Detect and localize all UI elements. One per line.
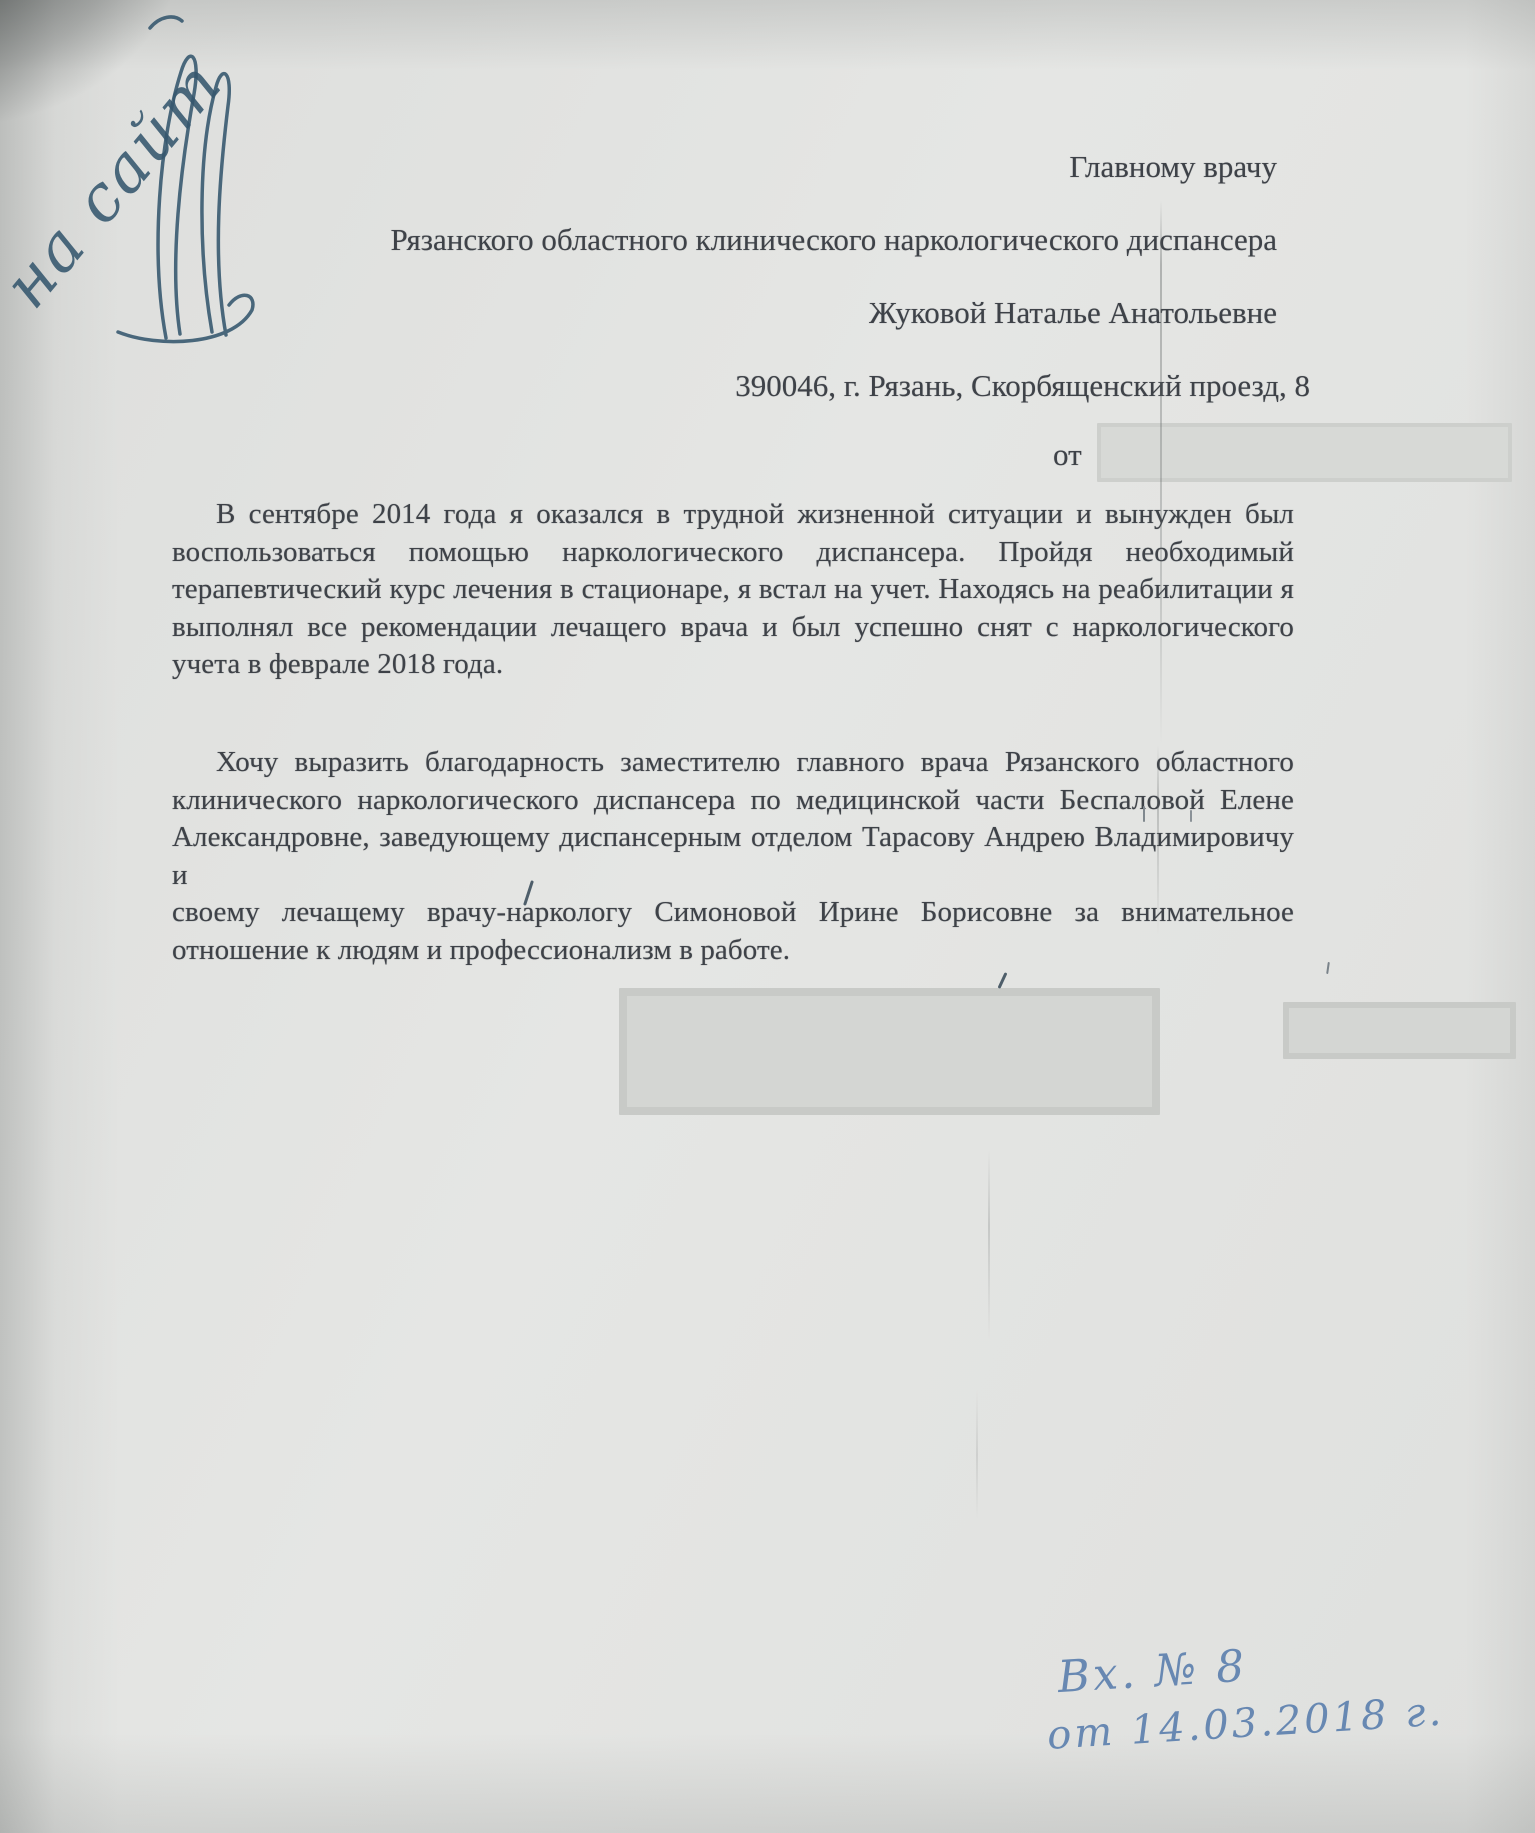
addressee-position: Главному врачу [390,130,1277,203]
paragraph-line: воспользоваться помощью наркологического… [172,534,1294,572]
redacted-date-area [1283,1002,1516,1059]
addressee-organization: Рязанского областного клинического нарко… [390,203,1277,276]
paragraph-line: выполнял все рекомендации лечащего врача… [172,609,1294,647]
redacted-signature-area [619,988,1160,1115]
ink-mark [1143,806,1145,822]
letter-body: В сентябре 2014 года я оказался в трудно… [172,496,1294,1030]
from-label: от [1053,437,1082,473]
handwritten-note-na-sait: на сайт [0,0,300,360]
addressee-address: 390046, г. Рязань, Скорбященский проезд,… [390,349,1310,422]
paragraph-1: В сентябре 2014 года я оказался в трудно… [172,496,1294,684]
paragraph-2: Хочу выразить благодарность заместителю … [172,744,1294,970]
paragraph-line: своему лечащему врачу-наркологу Симоново… [172,894,1294,932]
addressee-name: Жуковой Наталье Анатольевне [390,276,1277,349]
scanned-letter-page: Главному врачу Рязанского областного кли… [0,0,1535,1833]
ink-mark [1326,962,1330,974]
ink-mark [1190,810,1192,822]
scanner-streak [976,1390,978,1520]
paragraph-line: В сентябре 2014 года я оказался в трудно… [172,496,1294,534]
handwritten-registration-stamp: Вх. № 8 от 14.03.2018 г. [1042,1626,1446,1764]
paragraph-line: терапевтический курс лечения в стационар… [172,571,1294,609]
scanner-streak [1160,200,1162,745]
addressee-block: Главному врачу Рязанского областного кли… [390,130,1277,422]
paragraph-line: учета в феврале 2018 года. [172,646,1294,684]
paragraph-line: Александровне, заведующему диспансерным … [172,819,1294,894]
scanner-streak [1157,745,1159,935]
paragraph-line: клинического наркологического диспансера… [172,782,1294,820]
paragraph-line: отношение к людям и профессионализм в ра… [172,932,1294,970]
scanner-streak [988,1150,990,1340]
paragraph-line: Хочу выразить благодарность заместителю … [172,744,1294,782]
